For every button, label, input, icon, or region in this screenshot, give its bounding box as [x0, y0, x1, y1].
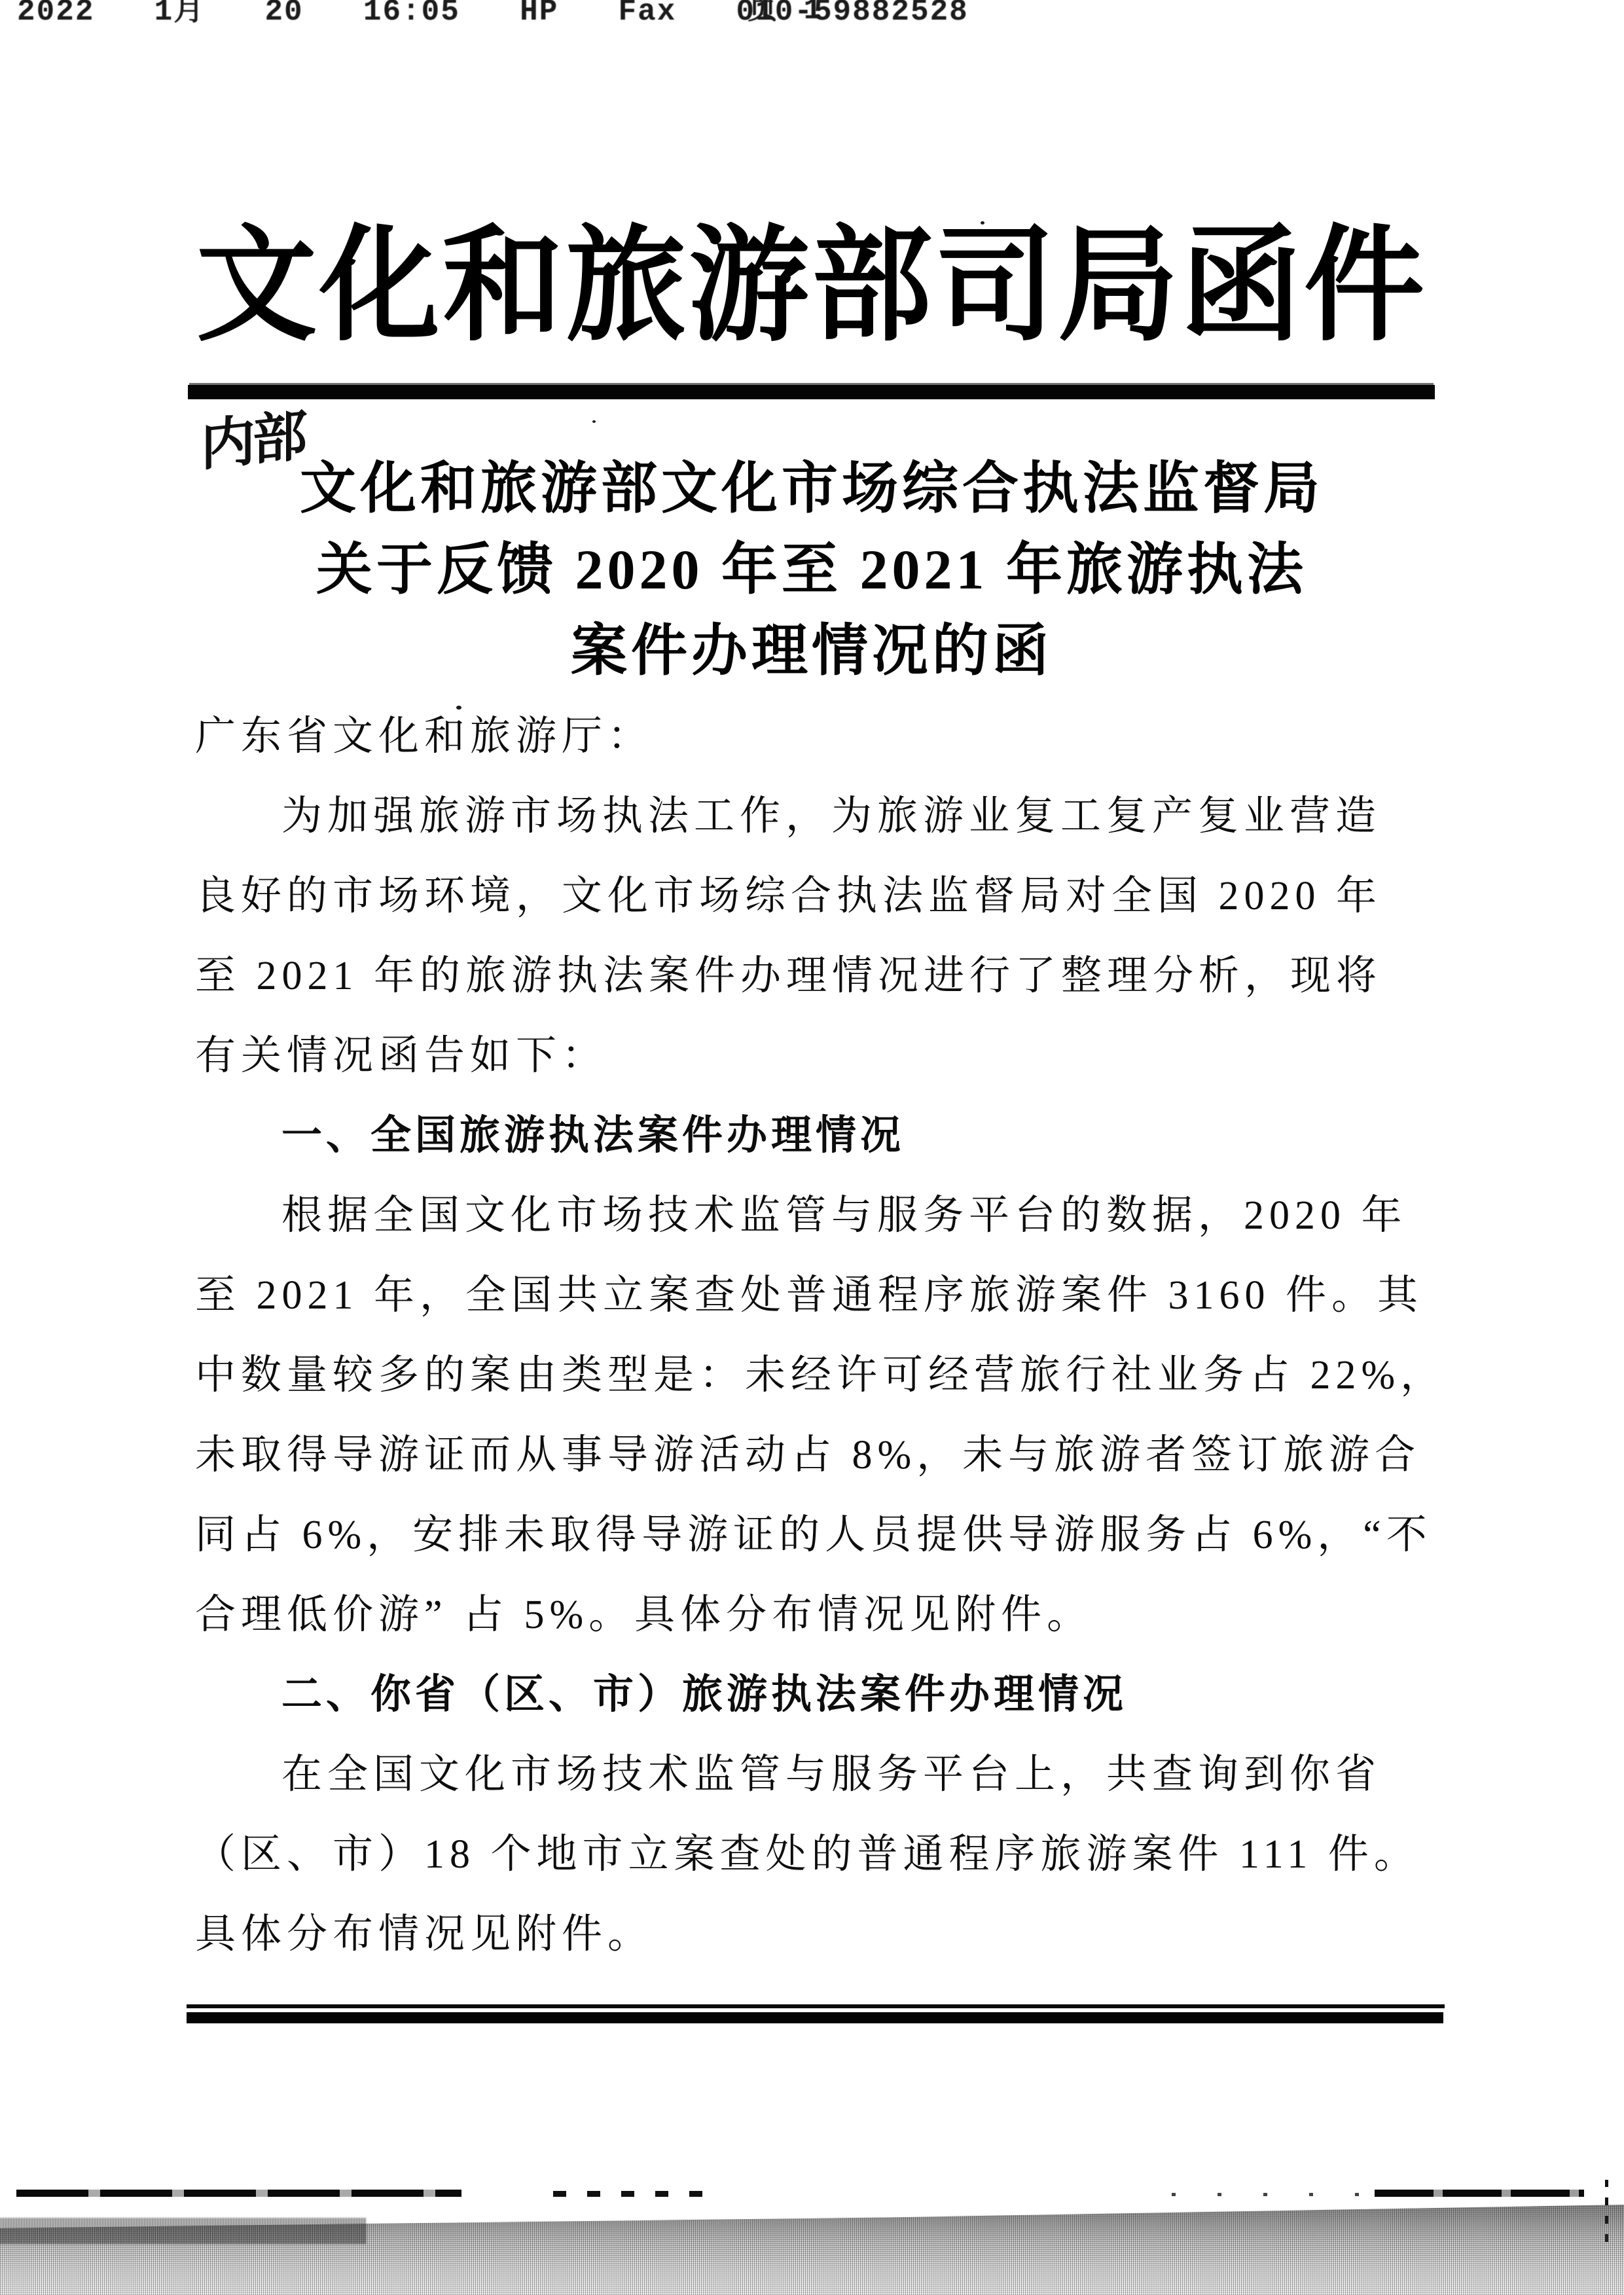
- scan-noise-dots: [1172, 2193, 1368, 2196]
- body-line: 在全国文化市场技术监管与服务平台上，共查询到你省: [195, 1735, 1439, 1815]
- body-line: 中数量较多的案由类型是：未经许可经营旅行社业务占 22%，: [195, 1335, 1439, 1415]
- scan-noise-dash-right: [1375, 2190, 1584, 2197]
- footer-rule-thick: [187, 2012, 1443, 2023]
- document-title-line: 案件办理情况的函: [190, 610, 1434, 691]
- document-title-line: 关于反馈 2020 年至 2021 年旅游执法: [190, 529, 1434, 610]
- body-line: 未取得导游证而从事导游活动占 8%，未与旅游者签订旅游合: [195, 1415, 1439, 1495]
- body-line: 良好的市场环境，文化市场综合执法监督局对全国 2020 年: [195, 856, 1439, 936]
- scan-noise-band-dark: [0, 2218, 367, 2244]
- scan-noise-dash-mid: [553, 2191, 704, 2197]
- footer-rule-thin: [187, 2004, 1445, 2008]
- fax-header-info: 2022 1月 20 16:05 HP Fax 010-59882528: [17, 0, 969, 29]
- document-page: 2022 1月 20 16:05 HP Fax 010-59882528 页 1…: [0, 0, 1624, 2295]
- document-title: 文化和旅游部文化市场综合执法监督局 关于反馈 2020 年至 2021 年旅游执…: [190, 448, 1434, 691]
- scan-speckle: [592, 420, 596, 423]
- section-heading-2: 二、你省（区、市）旅游执法案件办理情况: [195, 1655, 1439, 1735]
- scan-speckle: [981, 221, 984, 225]
- body-line: 至 2021 年，全国共立案查处普通程序旅游案件 3160 件。其: [195, 1256, 1439, 1335]
- body-line: 根据全国文化市场技术监管与服务平台的数据，2020 年: [195, 1176, 1439, 1256]
- salutation: 广东省文化和旅游厅：: [195, 696, 1439, 776]
- scan-noise-dash-left: [16, 2190, 461, 2197]
- body-line: 具体分布情况见附件。: [195, 1894, 1439, 1974]
- section-heading-1: 一、全国旅游执法案件办理情况: [195, 1096, 1439, 1176]
- body-line: 至 2021 年的旅游执法案件办理情况进行了整理分析，现将: [195, 936, 1439, 1016]
- body-line: （区、市）18 个地市立案查处的普通程序旅游案件 111 件。: [195, 1815, 1439, 1894]
- scan-speckle: [456, 706, 461, 710]
- body-line: 为加强旅游市场执法工作，为旅游业复工复产复业营造: [195, 776, 1439, 856]
- fax-page-number: 页 1: [748, 0, 825, 27]
- masthead-title: 文化和旅游部司局函件: [157, 208, 1466, 365]
- body-text: 广东省文化和旅游厅： 为加强旅游市场执法工作，为旅游业复工复产复业营造 良好的市…: [195, 696, 1439, 1974]
- body-line: 合理低价游” 占 5%。具体分布情况见附件。: [195, 1575, 1439, 1655]
- scan-speckle: [864, 1766, 868, 1769]
- body-line: 同占 6%，安排未取得导游证的人员提供导游服务占 6%，“不: [195, 1495, 1439, 1575]
- body-line: 有关情况函告如下：: [195, 1016, 1439, 1096]
- document-title-line: 文化和旅游部文化市场综合执法监督局: [190, 448, 1434, 529]
- masthead-rule: [188, 385, 1435, 399]
